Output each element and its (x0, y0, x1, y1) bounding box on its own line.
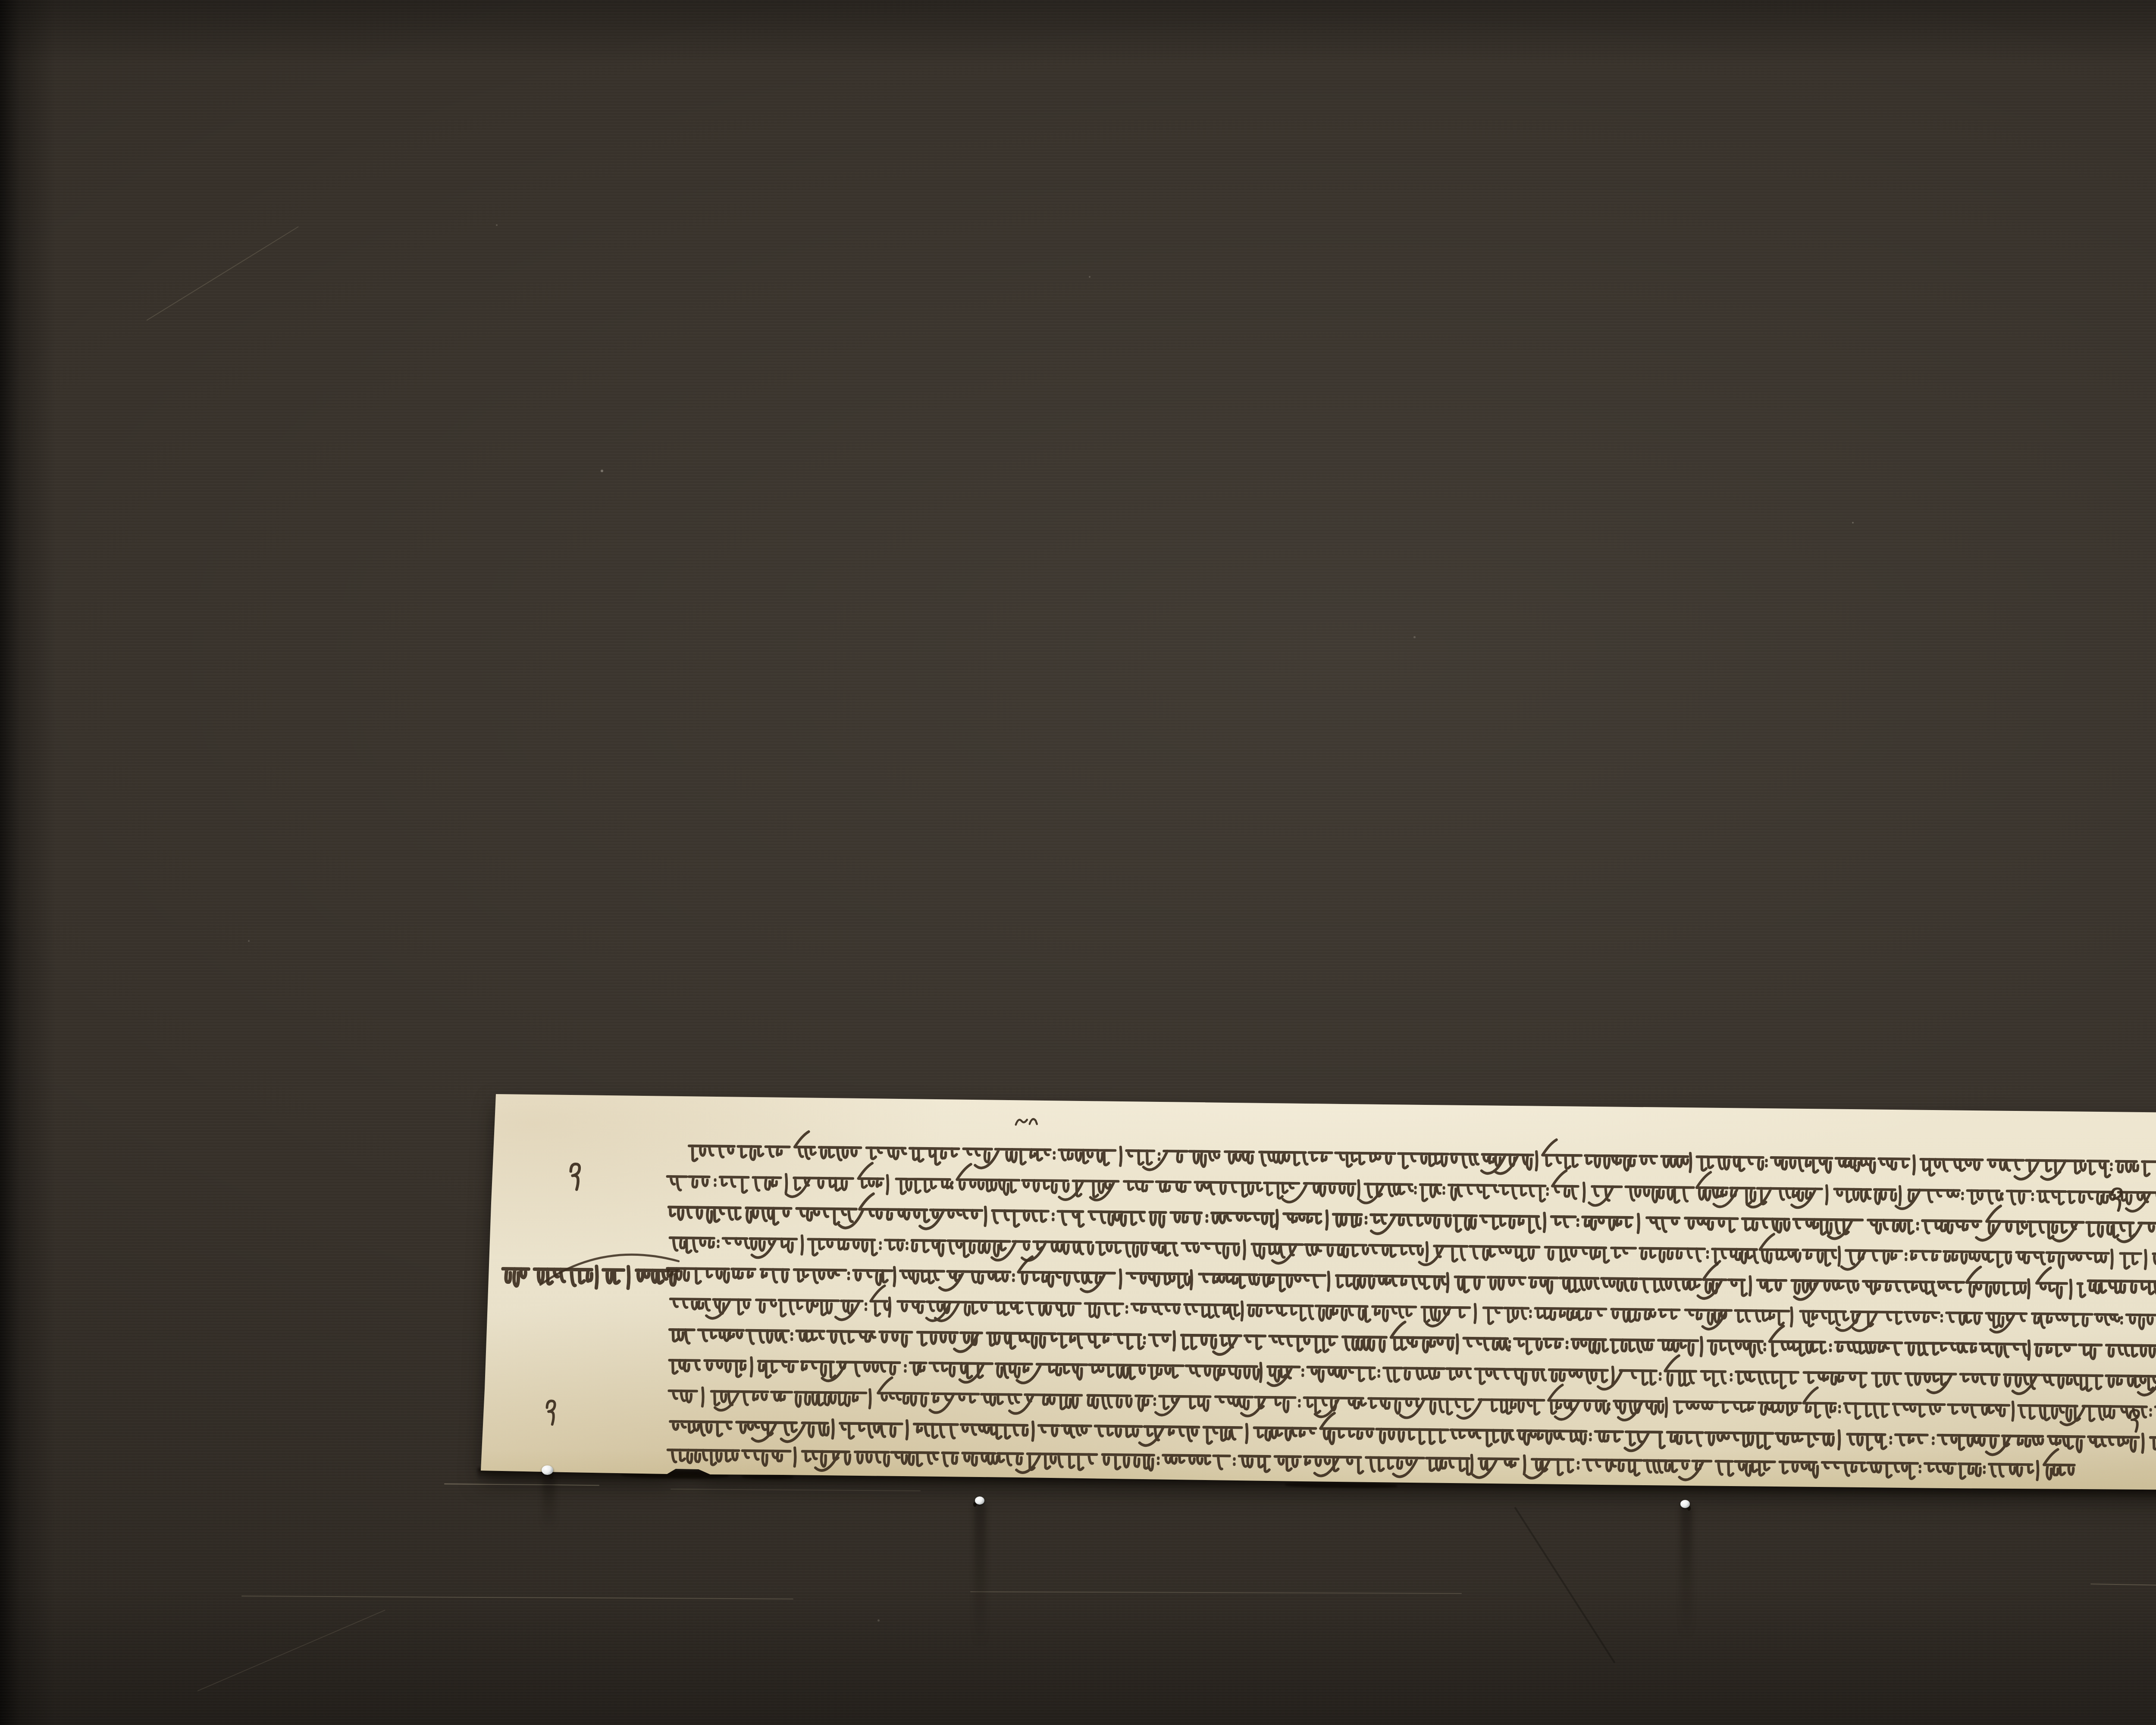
margin-numeral-bottom-left: ৭ (542, 1397, 558, 1427)
pin-head (1680, 1500, 1690, 1508)
photo-canvas: ন্ব ৭ ৭ ৭ ৭ শ্রীশ্রীলৌকিক:৭ও অ:৫শ্রী:৭ (0, 0, 2156, 1725)
right-margin-note: অ:৫শ্রী:৭ (2086, 1274, 2156, 1301)
margin-numeral-top-left: ৭ (565, 1160, 583, 1193)
left-margin-note: শ্রীশ্রীলৌকিক:৭ও (499, 1250, 680, 1293)
manuscript-page: ন্ব ৭ ৭ ৭ ৭ শ্রীশ্রীলৌকিক:৭ও অ:৫শ্রী:৭ (481, 1091, 2156, 1499)
folio-siglum: ন্ব (1014, 1114, 1038, 1129)
pin-head (542, 1465, 553, 1475)
pin-shadow (974, 1503, 986, 1659)
pin-head (975, 1496, 984, 1505)
manuscript-page-wrap: ন্ব ৭ ৭ ৭ ৭ শ্রীশ্রীলৌকিক:৭ও অ:৫শ্রী:৭ (0, 0, 2156, 1725)
pin-shadow (542, 1474, 555, 1534)
pin-shadow (1680, 1507, 1692, 1649)
